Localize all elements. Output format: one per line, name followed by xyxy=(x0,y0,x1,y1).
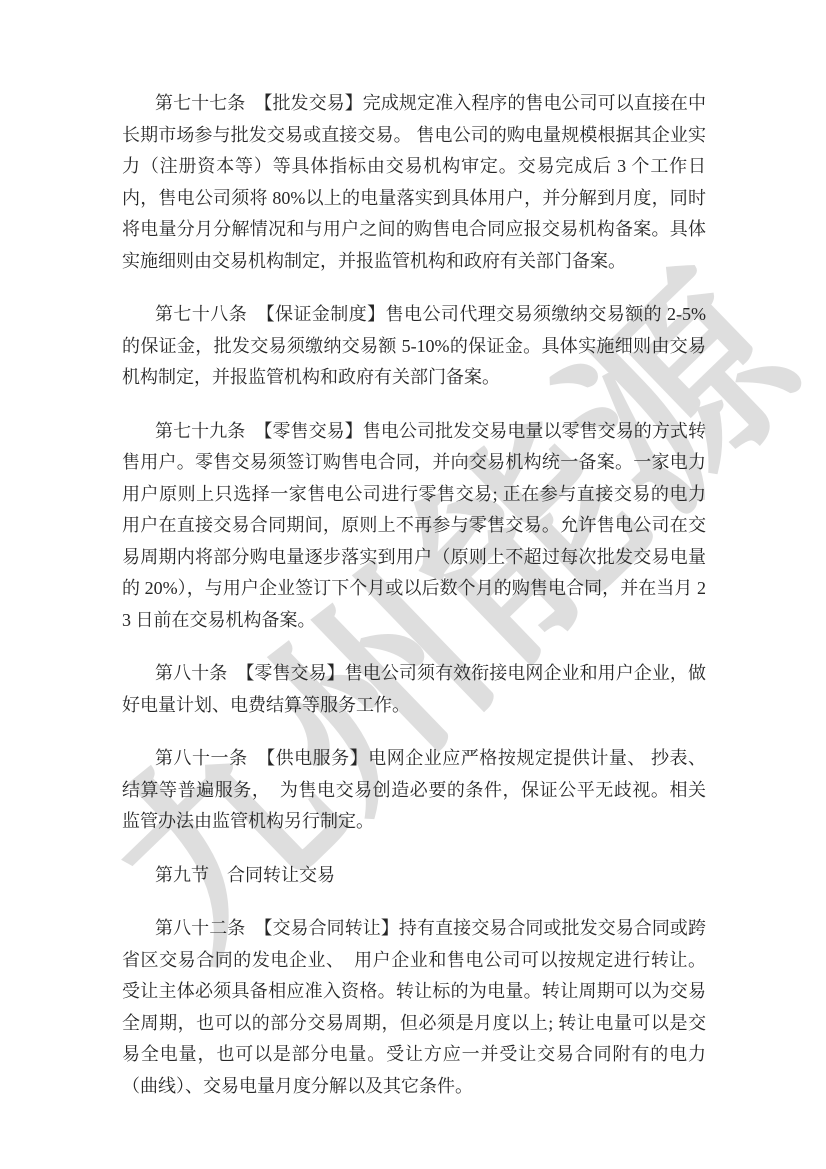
article-82-paragraph: 第八十二条 【交易合同转让】持有直接交易合同或批发交易合同或跨省区交易合同的发电… xyxy=(122,913,706,1102)
article-77-paragraph: 第七十七条 【批发交易】完成规定准入程序的售电公司可以直接在中长期市场参与批发交… xyxy=(122,88,706,277)
document-page: 九州能源 第七十七条 【批发交易】完成规定准入程序的售电公司可以直接在中长期市场… xyxy=(0,0,826,1169)
article-78-paragraph: 第七十八条 【保证金制度】售电公司代理交易须缴纳交易额的 2-5%的保证金，批发… xyxy=(122,299,706,394)
section-9-heading: 第九节 合同转让交易 xyxy=(122,860,706,892)
article-81-paragraph: 第八十一条 【供电服务】电网企业应严格按规定提供计量、 抄表、 结算等普遍服务，… xyxy=(122,743,706,838)
article-80-paragraph: 第八十条 【零售交易】售电公司须有效衔接电网企业和用户企业，做好电量计划、电费结… xyxy=(122,658,706,721)
article-79-paragraph: 第七十九条 【零售交易】售电公司批发交易电量以零售交易的方式转售用户。零售交易须… xyxy=(122,416,706,637)
document-content: 第七十七条 【批发交易】完成规定准入程序的售电公司可以直接在中长期市场参与批发交… xyxy=(122,88,706,1124)
